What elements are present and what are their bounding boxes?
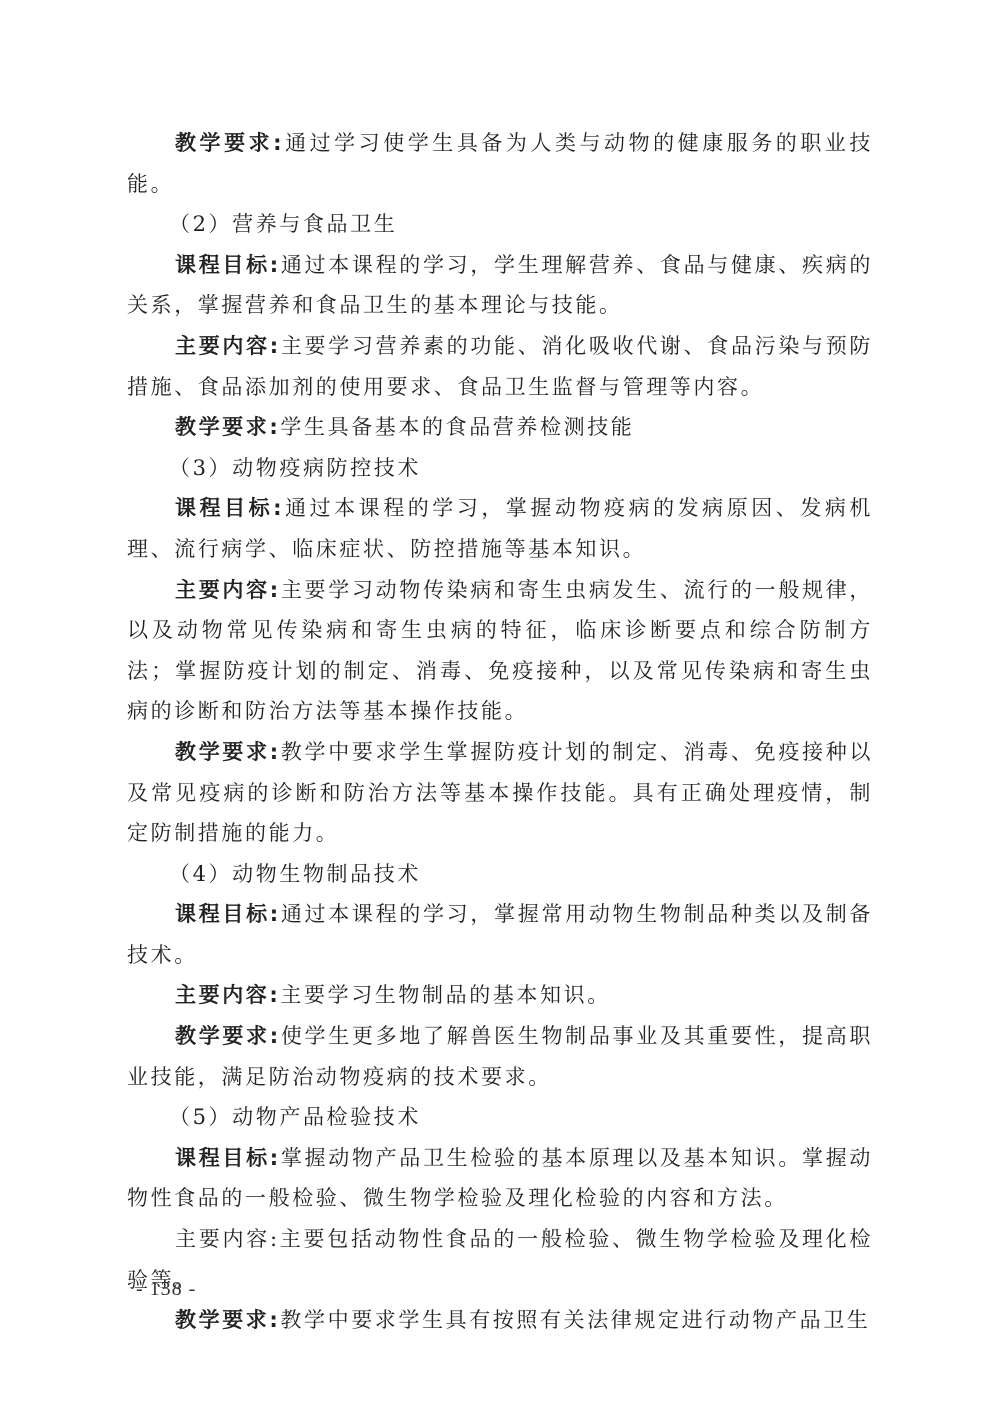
paragraph-label: 课程目标: xyxy=(175,496,284,520)
paragraph-course-goal-2: 课程目标:通过本课程的学习，学生理解营养、食品与健康、疾病的关系，掌握营养和食品… xyxy=(127,245,873,326)
paragraph-label: 教学要求: xyxy=(175,1308,280,1332)
paragraph-label: 课程目标: xyxy=(175,902,281,926)
paragraph-course-goal-4: 课程目标:通过本课程的学习，掌握常用动物生物制品种类以及制备技术。 xyxy=(127,894,873,975)
paragraph-teaching-requirement-5: 教学要求:教学中要求学生具有按照有关法律规定进行动物产品卫生 xyxy=(127,1300,873,1341)
section-heading-4: （4）动物生物制品技术 xyxy=(127,854,873,895)
paragraph-teaching-requirement-3: 教学要求:教学中要求学生掌握防疫计划的制定、消毒、免疫接种以及常见疫病的诊断和防… xyxy=(127,732,873,854)
paragraph-main-content-2: 主要内容:主要学习营养素的功能、消化吸收代谢、食品污染与预防措施、食品添加剂的使… xyxy=(127,326,873,407)
section-heading-5: （5）动物产品检验技术 xyxy=(127,1097,873,1138)
paragraph-text: 学生具备基本的食品营养检测技能 xyxy=(280,415,634,439)
section-heading-2: （2）营养与食品卫生 xyxy=(127,204,873,245)
paragraph-label: 教学要求: xyxy=(175,1024,281,1048)
section-heading-3: （3）动物疫病防控技术 xyxy=(127,448,873,489)
paragraph-main-content-4: 主要内容:主要学习生物制品的基本知识。 xyxy=(127,975,873,1016)
paragraph-text: 主要学习生物制品的基本知识。 xyxy=(280,983,610,1007)
page-number: - 138 - xyxy=(136,1278,196,1301)
paragraph-main-content-5: 主要内容:主要包括动物性食品的一般检验、微生物学检验及理化检验等。 xyxy=(127,1219,873,1300)
paragraph-course-goal-5: 课程目标:掌握动物产品卫生检验的基本原理以及基本知识。掌握动物性食品的一般检验、… xyxy=(127,1138,873,1219)
paragraph-label: 主要内容: xyxy=(175,578,281,602)
paragraph-label: 主要内容: xyxy=(175,983,280,1007)
paragraph-label: 教学要求: xyxy=(175,131,284,155)
paragraph-label: 教学要求: xyxy=(175,740,281,764)
paragraph-main-content-3: 主要内容:主要学习动物传染病和寄生虫病发生、流行的一般规律，以及动物常见传染病和… xyxy=(127,570,873,732)
paragraph-label: 课程目标: xyxy=(175,1146,281,1170)
paragraph-course-goal-3: 课程目标:通过本课程的学习，掌握动物疫病的发病原因、发病机理、流行病学、临床症状… xyxy=(127,488,873,569)
body-text: 教学要求:通过学习使学生具备为人类与动物的健康服务的职业技能。 （2）营养与食品… xyxy=(127,123,873,1341)
paragraph-text: 教学中要求学生具有按照有关法律规定进行动物产品卫生 xyxy=(280,1308,870,1332)
paragraph-teaching-requirement-1: 教学要求:通过学习使学生具备为人类与动物的健康服务的职业技能。 xyxy=(127,123,873,204)
document-page: 教学要求:通过学习使学生具备为人类与动物的健康服务的职业技能。 （2）营养与食品… xyxy=(0,0,1000,1414)
paragraph-label: 教学要求: xyxy=(175,415,280,439)
paragraph-label: 主要内容: xyxy=(175,1227,280,1251)
paragraph-teaching-requirement-2: 教学要求:学生具备基本的食品营养检测技能 xyxy=(127,407,873,448)
paragraph-teaching-requirement-4: 教学要求:使学生更多地了解兽医生物制品事业及其重要性，提高职业技能，满足防治动物… xyxy=(127,1016,873,1097)
paragraph-label: 课程目标: xyxy=(175,253,281,277)
paragraph-label: 主要内容: xyxy=(175,334,281,358)
